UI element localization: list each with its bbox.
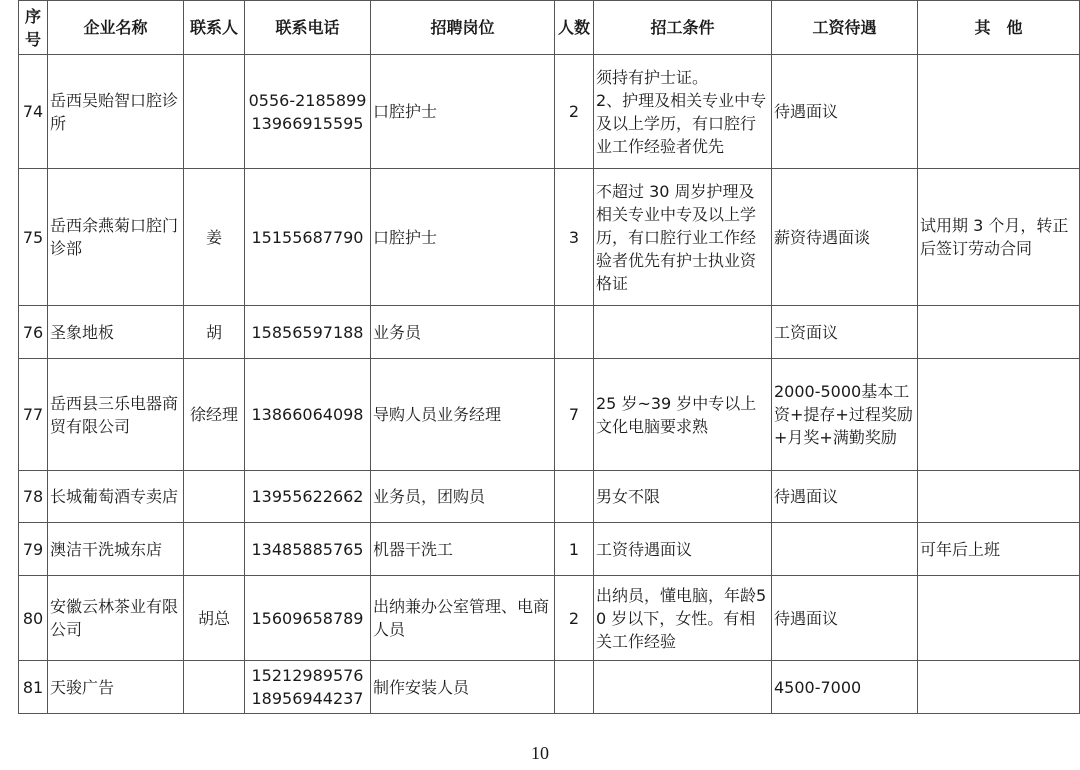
- cell-phone: 15212989576 18956944237: [245, 661, 371, 714]
- cell-company: 安徽云林茶业有限公司: [48, 576, 184, 661]
- header-phone: 联系电话: [245, 1, 371, 55]
- requirement-line: 须持有护士证。: [596, 66, 769, 89]
- cell-position: 业务员，团购员: [371, 471, 555, 523]
- table-header-row: 序号 企业名称 联系人 联系电话 招聘岗位 人数 招工条件 工资待遇 其 他: [19, 1, 1080, 55]
- requirement-line: 25 岁~39 岁中专以上文化电脑要求熟: [596, 392, 769, 438]
- cell-phone: 15609658789: [245, 576, 371, 661]
- cell-count: [555, 471, 594, 523]
- cell-no: 77: [19, 359, 48, 471]
- cell-phone: 15856597188: [245, 306, 371, 359]
- cell-company: 岳西县三乐电器商贸有限公司: [48, 359, 184, 471]
- cell-position: 机器干洗工: [371, 523, 555, 576]
- cell-contact: 胡: [184, 306, 245, 359]
- cell-contact: 胡总: [184, 576, 245, 661]
- cell-requirements: 出纳员，懂电脑，年龄50 岁以下，女性。有相关工作经验: [594, 576, 772, 661]
- table-row: 79 澳洁干洗城东店 13485885765 机器干洗工 1 工资待遇面议 可年…: [19, 523, 1080, 576]
- cell-company: 圣象地板: [48, 306, 184, 359]
- cell-phone: 15155687790: [245, 169, 371, 306]
- cell-position: 业务员: [371, 306, 555, 359]
- cell-other: [918, 55, 1080, 169]
- phone-number: 0556-2185899: [247, 89, 368, 112]
- table-row: 76 圣象地板 胡 15856597188 业务员 工资面议: [19, 306, 1080, 359]
- cell-salary: 2000-5000基本工资+提存+过程奖励+月奖+满勤奖励: [772, 359, 918, 471]
- cell-position: 出纳兼办公室管理、电商人员: [371, 576, 555, 661]
- cell-other: [918, 576, 1080, 661]
- cell-other: 试用期 3 个月，转正后签订劳动合同: [918, 169, 1080, 306]
- cell-no: 81: [19, 661, 48, 714]
- cell-contact: [184, 661, 245, 714]
- cell-no: 76: [19, 306, 48, 359]
- cell-position: 制作安装人员: [371, 661, 555, 714]
- cell-no: 79: [19, 523, 48, 576]
- cell-position: 口腔护士: [371, 169, 555, 306]
- cell-company: 岳西余燕菊口腔门诊部: [48, 169, 184, 306]
- phone-number: 13485885765: [247, 538, 368, 561]
- cell-company: 澳洁干洗城东店: [48, 523, 184, 576]
- requirement-line: 不超过 30 周岁护理及相关专业中专及以上学历，有口腔行业工作经验者优先有护士执…: [596, 180, 769, 295]
- cell-no: 78: [19, 471, 48, 523]
- requirement-line: 2、护理及相关专业中专及以上学历，有口腔行业工作经验者优先: [596, 89, 769, 158]
- cell-other: [918, 661, 1080, 714]
- cell-salary: 待遇面议: [772, 471, 918, 523]
- cell-requirements: 工资待遇面议: [594, 523, 772, 576]
- header-no: 序号: [19, 1, 48, 55]
- cell-phone: 13485885765: [245, 523, 371, 576]
- cell-count: [555, 661, 594, 714]
- cell-count: 1: [555, 523, 594, 576]
- cell-contact: 姜: [184, 169, 245, 306]
- cell-phone: 13955622662: [245, 471, 371, 523]
- cell-contact: 徐经理: [184, 359, 245, 471]
- cell-phone: 13866064098: [245, 359, 371, 471]
- phone-number: 13955622662: [247, 485, 368, 508]
- requirement-line: 男女不限: [596, 485, 769, 508]
- header-contact: 联系人: [184, 1, 245, 55]
- header-company: 企业名称: [48, 1, 184, 55]
- cell-salary: [772, 523, 918, 576]
- header-requirements: 招工条件: [594, 1, 772, 55]
- phone-number: 15609658789: [247, 607, 368, 630]
- phone-number: 15155687790: [247, 226, 368, 249]
- cell-salary: 薪资待遇面谈: [772, 169, 918, 306]
- header-position: 招聘岗位: [371, 1, 555, 55]
- cell-other: [918, 306, 1080, 359]
- phone-number: 15856597188: [247, 321, 368, 344]
- cell-other: [918, 471, 1080, 523]
- cell-no: 74: [19, 55, 48, 169]
- phone-number: 18956944237: [247, 687, 368, 710]
- cell-salary: 工资面议: [772, 306, 918, 359]
- header-count: 人数: [555, 1, 594, 55]
- cell-company: 天骏广告: [48, 661, 184, 714]
- cell-other: 可年后上班: [918, 523, 1080, 576]
- cell-contact: [184, 523, 245, 576]
- cell-count: 3: [555, 169, 594, 306]
- cell-company: 长城葡萄酒专卖店: [48, 471, 184, 523]
- cell-position: 导购人员业务经理: [371, 359, 555, 471]
- cell-contact: [184, 55, 245, 169]
- table-row: 75 岳西余燕菊口腔门诊部 姜 15155687790 口腔护士 3 不超过 3…: [19, 169, 1080, 306]
- cell-count: [555, 306, 594, 359]
- cell-requirements: 不超过 30 周岁护理及相关专业中专及以上学历，有口腔行业工作经验者优先有护士执…: [594, 169, 772, 306]
- table-row: 77 岳西县三乐电器商贸有限公司 徐经理 13866064098 导购人员业务经…: [19, 359, 1080, 471]
- phone-number: 13866064098: [247, 403, 368, 426]
- table-row: 74 岳西吴贻智口腔诊所 0556-2185899 13966915595 口腔…: [19, 55, 1080, 169]
- cell-no: 75: [19, 169, 48, 306]
- page-number: 10: [0, 743, 1080, 764]
- table-row: 81 天骏广告 15212989576 18956944237 制作安装人员 4…: [19, 661, 1080, 714]
- table-row: 80 安徽云林茶业有限公司 胡总 15609658789 出纳兼办公室管理、电商…: [19, 576, 1080, 661]
- phone-number: 13966915595: [247, 112, 368, 135]
- cell-other: [918, 359, 1080, 471]
- cell-count: 2: [555, 55, 594, 169]
- table-row: 78 长城葡萄酒专卖店 13955622662 业务员，团购员 男女不限 待遇面…: [19, 471, 1080, 523]
- cell-salary: 待遇面议: [772, 576, 918, 661]
- requirement-line: 出纳员，懂电脑，年龄50 岁以下，女性。有相关工作经验: [596, 584, 769, 653]
- cell-count: 7: [555, 359, 594, 471]
- cell-requirements: [594, 306, 772, 359]
- cell-requirements: [594, 661, 772, 714]
- cell-requirements: 男女不限: [594, 471, 772, 523]
- header-salary: 工资待遇: [772, 1, 918, 55]
- cell-company: 岳西吴贻智口腔诊所: [48, 55, 184, 169]
- header-other: 其 他: [918, 1, 1080, 55]
- requirement-line: 工资待遇面议: [596, 538, 769, 561]
- cell-phone: 0556-2185899 13966915595: [245, 55, 371, 169]
- cell-requirements: 须持有护士证。 2、护理及相关专业中专及以上学历，有口腔行业工作经验者优先: [594, 55, 772, 169]
- cell-count: 2: [555, 576, 594, 661]
- cell-no: 80: [19, 576, 48, 661]
- recruitment-table: 序号 企业名称 联系人 联系电话 招聘岗位 人数 招工条件 工资待遇 其 他 7…: [18, 0, 1080, 714]
- cell-requirements: 25 岁~39 岁中专以上文化电脑要求熟: [594, 359, 772, 471]
- cell-salary: 待遇面议: [772, 55, 918, 169]
- cell-salary: 4500-7000: [772, 661, 918, 714]
- cell-position: 口腔护士: [371, 55, 555, 169]
- phone-number: 15212989576: [247, 664, 368, 687]
- cell-contact: [184, 471, 245, 523]
